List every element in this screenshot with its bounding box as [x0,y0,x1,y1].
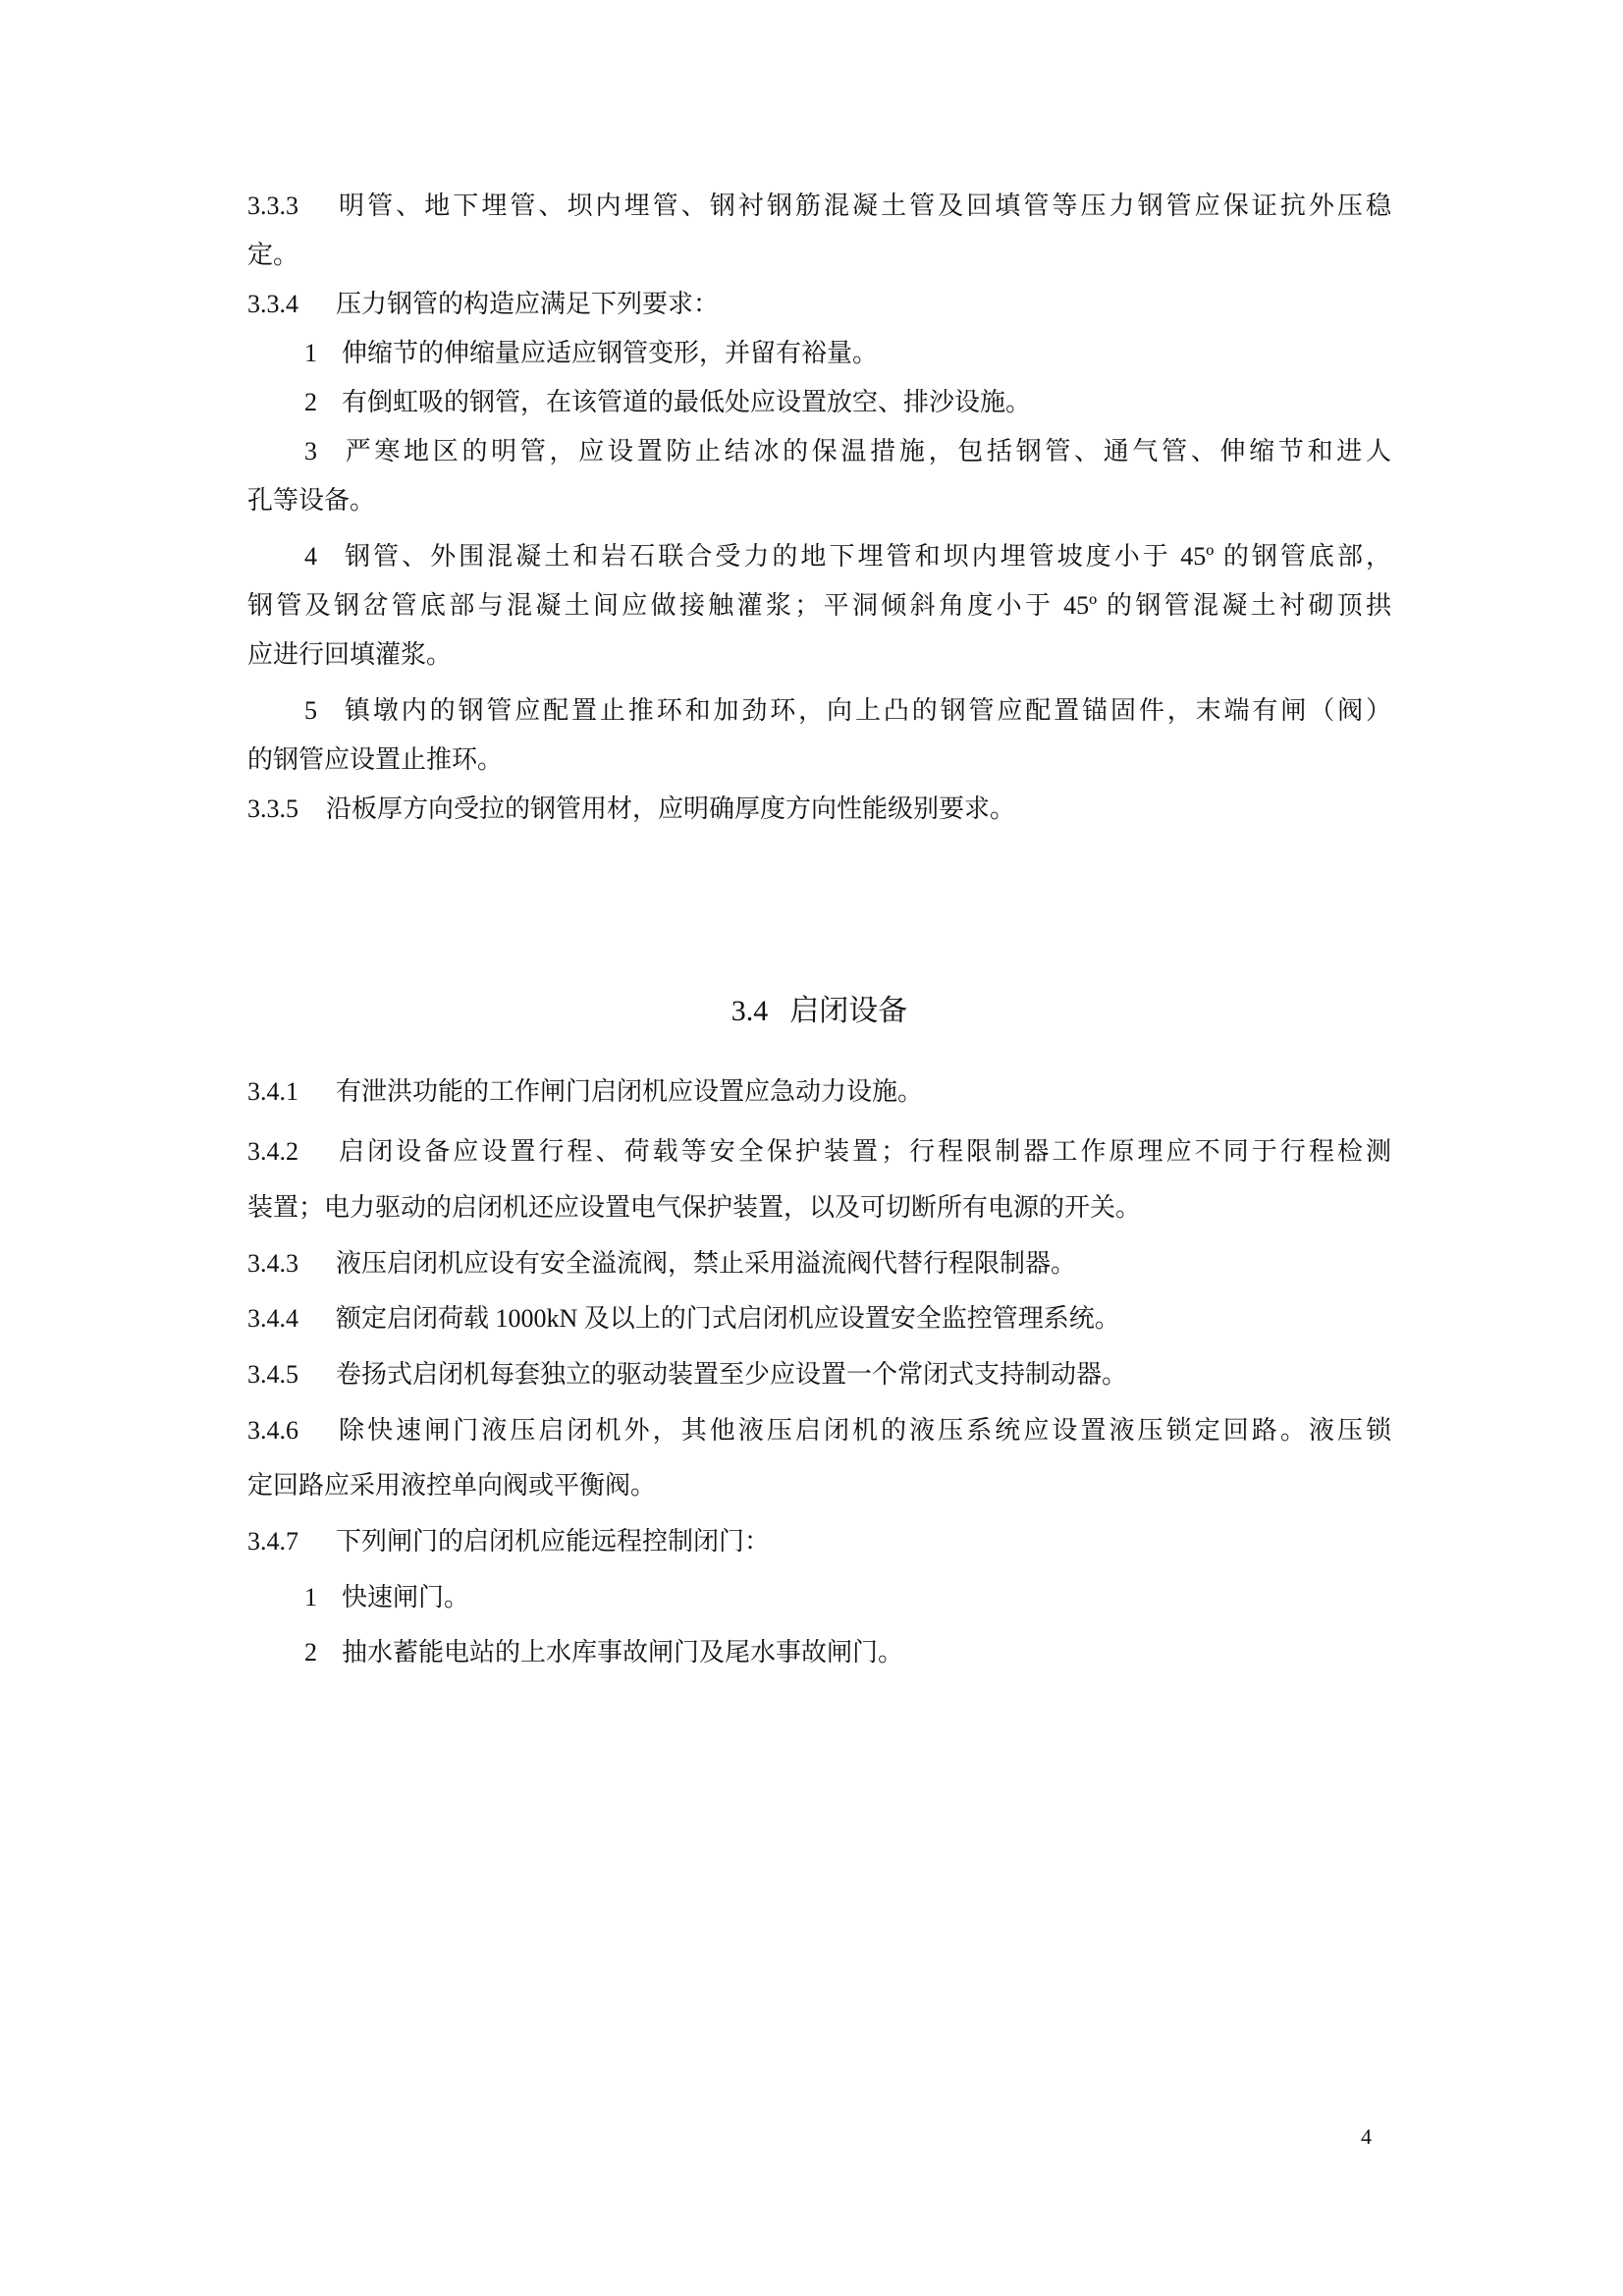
item-number: 2 [304,1638,342,1667]
item-number: 3 [304,437,342,466]
clause-3-3-4-item-4-line-2: 钢管及钢岔管底部与混凝土间应做接触灌浆；平洞倾斜角度小于 45º 的钢管混凝土衬… [247,591,1391,621]
clause-3-3-4-item-4-line-1: 4钢管、外围混凝土和岩石联合受力的地下埋管和坝内埋管坡度小于 45º 的钢管底部… [304,542,1391,572]
clause-3-3-5: 3.3.5沿板厚方向受拉的钢管用材，应明确厚度方向性能级别要求。 [247,794,1015,824]
clause-3-4-4: 3.4.4额定启闭荷载 1000kN 及以上的门式启闭机应设置安全监控管理系统。 [247,1304,1120,1334]
clause-3-3-4-item-3-line-2: 孔等设备。 [247,486,375,516]
clause-3-3-4-item-1: 1伸缩节的伸缩量应适应钢管变形，并留有裕量。 [304,339,878,368]
clause-number: 3.4.1 [247,1077,336,1107]
clause-number: 3.4.7 [247,1527,336,1557]
clause-number: 3.4.6 [247,1416,336,1446]
clause-number: 3.4.3 [247,1249,336,1279]
clause-3-3-4-item-2: 2有倒虹吸的钢管，在该管道的最低处应设置放空、排沙设施。 [304,388,1031,417]
item-number: 1 [304,1583,342,1613]
clause-3-4-7: 3.4.7下列闸门的启闭机应能远程控制闭门： [247,1527,770,1557]
clause-3-3-4-item-5-line-1: 5镇墩内的钢管应配置止推环和加劲环，向上凸的钢管应配置锚固件，末端有闸（阀） [304,696,1391,726]
clause-number: 3.4.5 [247,1360,336,1390]
clause-3-4-1: 3.4.1有泄洪功能的工作闸门启闭机应设置应急动力设施。 [247,1077,923,1107]
clause-3-3-3-line-2: 定。 [247,241,298,270]
clause-3-4-3: 3.4.3液压启闭机应设有安全溢流阀，禁止采用溢流阀代替行程限制器。 [247,1249,1076,1279]
clause-3-3-4-item-3-line-1: 3严寒地区的明管，应设置防止结冰的保温措施，包括钢管、通气管、伸缩节和进人 [304,437,1391,466]
clause-number: 3.4.4 [247,1304,336,1334]
page-number: 4 [1361,2124,1372,2150]
clause-number: 3.3.3 [247,191,336,221]
clause-3-4-2-line-1: 3.4.2启闭设备应设置行程、荷载等安全保护装置；行程限制器工作原理应不同于行程… [247,1137,1391,1167]
clause-number: 3.3.5 [247,794,326,824]
item-number: 4 [304,542,342,572]
clause-3-4-6-line-1: 3.4.6除快速闸门液压启闭机外，其他液压启闭机的液压系统应设置液压锁定回路。液… [247,1416,1391,1446]
item-number: 5 [304,696,342,726]
section-heading-3-4: 3.4启闭设备 [247,995,1391,1028]
item-number: 1 [304,339,342,368]
clause-number: 3.3.4 [247,290,336,319]
item-number: 2 [304,388,342,417]
clause-number: 3.4.2 [247,1137,336,1167]
clause-3-3-3-line-1: 3.3.3明管、地下埋管、坝内埋管、钢衬钢筋混凝土管及回填管等压力钢管应保证抗外… [247,191,1391,221]
clause-3-3-4-item-5-line-2: 的钢管应设置止推环。 [247,745,503,775]
clause-3-4-2-line-2: 装置；电力驱动的启闭机还应设置电气保护装置，以及可切断所有电源的开关。 [247,1193,1141,1223]
clause-3-4-7-item-2: 2抽水蓄能电站的上水库事故闸门及尾水事故闸门。 [304,1638,903,1667]
clause-3-3-4-item-4-line-3: 应进行回填灌浆。 [247,640,452,670]
section-number: 3.4 [731,995,769,1027]
section-title: 启闭设备 [789,994,907,1028]
clause-3-4-6-line-2: 定回路应采用液控单向阀或平衡阀。 [247,1471,656,1501]
clause-3-3-4: 3.3.4压力钢管的构造应满足下列要求： [247,290,719,319]
clause-3-4-7-item-1: 1快速闸门。 [304,1583,469,1613]
clause-3-4-5: 3.4.5卷扬式启闭机每套独立的驱动装置至少应设置一个常闭式支持制动器。 [247,1360,1127,1390]
